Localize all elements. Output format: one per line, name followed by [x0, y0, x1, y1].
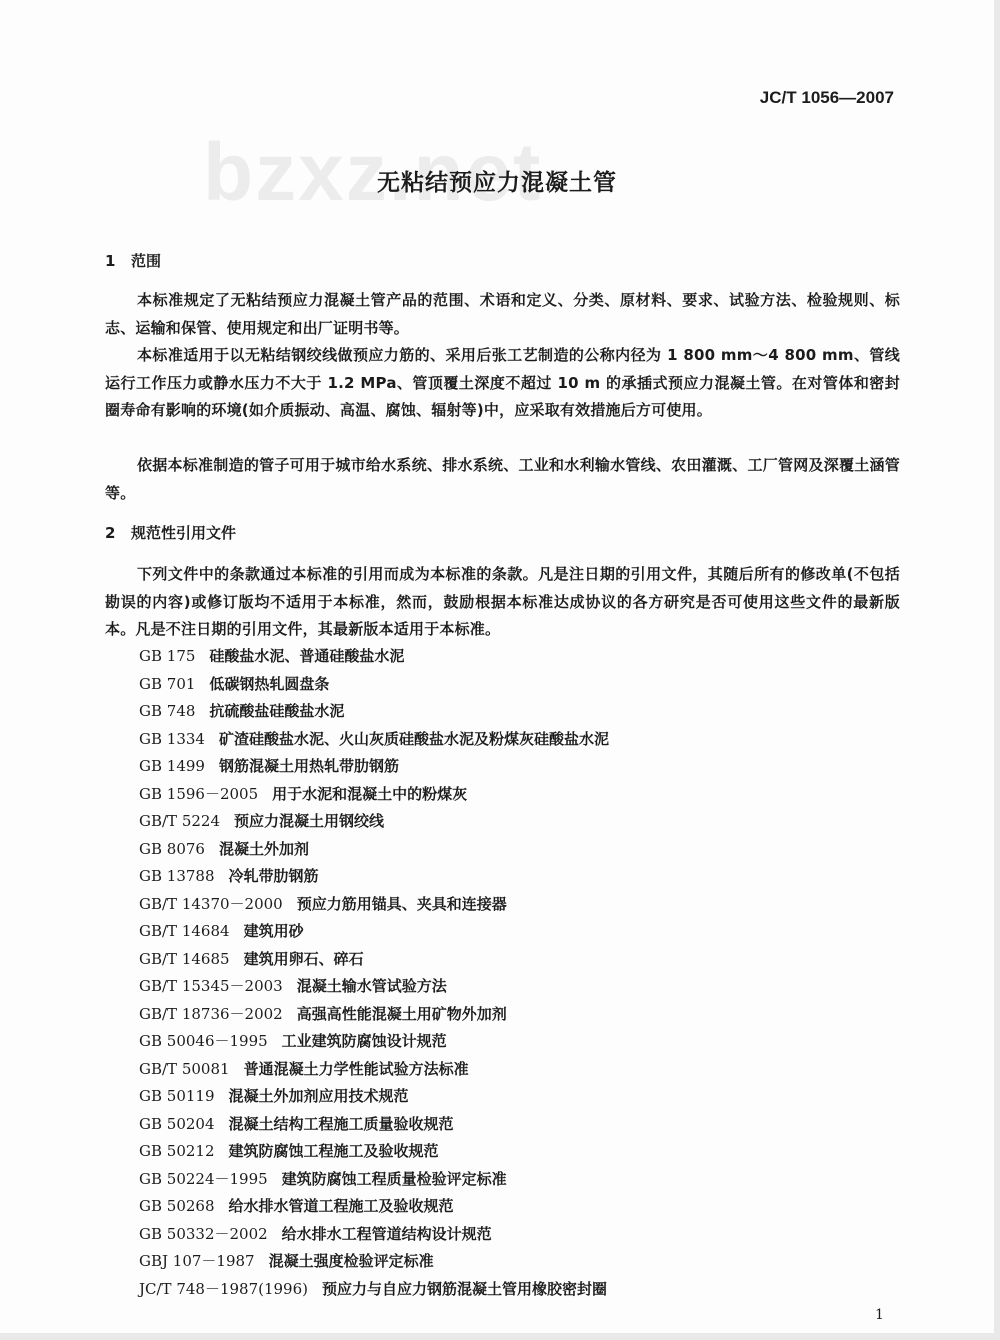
reference-code: GB 50332－2002: [139, 1225, 268, 1243]
paragraph: 本标准规定了无粘结预应力混凝土管产品的范围、术语和定义、分类、原材料、要求、试验…: [105, 287, 900, 342]
reference-code: GB 8076: [139, 840, 205, 858]
reference-item: GB/T 14685建筑用卵石、碎石: [139, 946, 609, 974]
document-title: 无粘结预应力混凝土管: [0, 164, 994, 197]
reference-code: GB 50204: [139, 1115, 215, 1133]
reference-code: GB 748: [139, 702, 195, 720]
reference-name: 混凝土输水管试验方法: [297, 977, 447, 995]
section-number: 2: [105, 524, 131, 542]
reference-code: GB 13788: [139, 867, 215, 885]
reference-name: 预应力混凝土用钢绞线: [234, 812, 384, 830]
reference-item: JC/T 748－1987(1996)预应力与自应力钢筋混凝土管用橡胶密封圈: [139, 1276, 609, 1304]
reference-item: GB 50212建筑防腐蚀工程施工及验收规范: [139, 1138, 609, 1166]
reference-name: 低碳钢热轧圆盘条: [209, 675, 329, 693]
reference-name: 钢筋混凝土用热轧带肋钢筋: [219, 757, 399, 775]
reference-name: 建筑用卵石、碎石: [244, 950, 364, 968]
reference-name: 混凝土结构工程施工质量验收规范: [229, 1115, 454, 1133]
reference-name: 建筑防腐蚀工程施工及验收规范: [229, 1142, 439, 1160]
reference-code: GB 175: [139, 647, 195, 665]
reference-item: GB 1499钢筋混凝土用热轧带肋钢筋: [139, 753, 609, 781]
standard-code: JC/T 1056—2007: [760, 88, 894, 108]
reference-code: GB/T 50081: [139, 1060, 230, 1078]
reference-code: GB/T 5224: [139, 812, 220, 830]
reference-item: GB 701低碳钢热轧圆盘条: [139, 671, 609, 699]
reference-item: GB 50204混凝土结构工程施工质量验收规范: [139, 1111, 609, 1139]
paragraph: 本标准适用于以无粘结钢绞线做预应力筋的、采用后张工艺制造的公称内径为 1 800…: [105, 342, 900, 425]
reference-item: GB 50332－2002给水排水工程管道结构设计规范: [139, 1221, 609, 1249]
reference-item: GB 748抗硫酸盐硅酸盐水泥: [139, 698, 609, 726]
reference-code: GB 701: [139, 675, 195, 693]
reference-name: 预应力与自应力钢筋混凝土管用橡胶密封圈: [322, 1280, 607, 1298]
reference-item: GB 50224－1995建筑防腐蚀工程质量检验评定标准: [139, 1166, 609, 1194]
reference-list: GB 175硅酸盐水泥、普通硅酸盐水泥GB 701低碳钢热轧圆盘条GB 748抗…: [139, 643, 609, 1303]
reference-item: GB/T 18736－2002高强高性能混凝土用矿物外加剂: [139, 1001, 609, 1029]
paragraph: 下列文件中的条款通过本标准的引用而成为本标准的条款。凡是注日期的引用文件，其随后…: [105, 561, 900, 644]
reference-item: GB 50119混凝土外加剂应用技术规范: [139, 1083, 609, 1111]
reference-code: GB 50119: [139, 1087, 215, 1105]
reference-code: GB/T 14684: [139, 922, 230, 940]
reference-code: GB 50212: [139, 1142, 215, 1160]
reference-item: GB/T 14684建筑用砂: [139, 918, 609, 946]
reference-name: 工业建筑防腐蚀设计规范: [282, 1032, 447, 1050]
reference-code: GB 1334: [139, 730, 205, 748]
reference-code: GB/T 14685: [139, 950, 230, 968]
reference-code: GB/T 18736－2002: [139, 1005, 283, 1023]
section-heading-normative-references: 2规范性引用文件: [105, 522, 236, 543]
reference-item: GB/T 5224预应力混凝土用钢绞线: [139, 808, 609, 836]
reference-name: 普通混凝土力学性能试验方法标准: [244, 1060, 469, 1078]
section-heading-scope: 1范围: [105, 250, 161, 271]
reference-name: 给水排水管道工程施工及验收规范: [229, 1197, 454, 1215]
reference-name: 混凝土外加剂: [219, 840, 309, 858]
reference-name: 矿渣硅酸盐水泥、火山灰质硅酸盐水泥及粉煤灰硅酸盐水泥: [219, 730, 609, 748]
reference-item: GB/T 50081普通混凝土力学性能试验方法标准: [139, 1056, 609, 1084]
reference-name: 建筑防腐蚀工程质量检验评定标准: [282, 1170, 507, 1188]
reference-name: 硅酸盐水泥、普通硅酸盐水泥: [209, 647, 404, 665]
section-title: 规范性引用文件: [131, 524, 236, 542]
reference-item: GB/T 15345－2003混凝土输水管试验方法: [139, 973, 609, 1001]
reference-name: 给水排水工程管道结构设计规范: [282, 1225, 492, 1243]
reference-item: GBJ 107－1987混凝土强度检验评定标准: [139, 1248, 609, 1276]
reference-code: GB/T 14370－2000: [139, 895, 283, 913]
reference-item: GB 1596－2005用于水泥和混凝土中的粉煤灰: [139, 781, 609, 809]
reference-item: GB 1334矿渣硅酸盐水泥、火山灰质硅酸盐水泥及粉煤灰硅酸盐水泥: [139, 726, 609, 754]
reference-code: GB 50268: [139, 1197, 215, 1215]
section-title: 范围: [131, 252, 161, 270]
reference-name: 高强高性能混凝土用矿物外加剂: [297, 1005, 507, 1023]
reference-item: GB 50268给水排水管道工程施工及验收规范: [139, 1193, 609, 1221]
paragraph: 依据本标准制造的管子可用于城市给水系统、排水系统、工业和水利输水管线、农田灌溉、…: [105, 452, 900, 507]
reference-item: GB 8076混凝土外加剂: [139, 836, 609, 864]
reference-item: GB 175硅酸盐水泥、普通硅酸盐水泥: [139, 643, 609, 671]
reference-code: GB 1499: [139, 757, 205, 775]
reference-code: JC/T 748－1987(1996): [139, 1280, 308, 1298]
reference-name: 建筑用砂: [244, 922, 304, 940]
reference-code: GB/T 15345－2003: [139, 977, 283, 995]
reference-name: 混凝土强度检验评定标准: [269, 1252, 434, 1270]
reference-name: 抗硫酸盐硅酸盐水泥: [209, 702, 344, 720]
document-page: JC/T 1056—2007 bzxz.net 无粘结预应力混凝土管 1范围 本…: [0, 0, 994, 1333]
reference-code: GB 50224－1995: [139, 1170, 268, 1188]
reference-item: GB 13788冷轧带肋钢筋: [139, 863, 609, 891]
section-number: 1: [105, 252, 131, 270]
reference-code: GB 50046－1995: [139, 1032, 268, 1050]
reference-name: 冷轧带肋钢筋: [229, 867, 319, 885]
reference-name: 用于水泥和混凝土中的粉煤灰: [272, 785, 467, 803]
reference-item: GB/T 14370－2000预应力筋用锚具、夹具和连接器: [139, 891, 609, 919]
reference-name: 预应力筋用锚具、夹具和连接器: [297, 895, 507, 913]
reference-name: 混凝土外加剂应用技术规范: [229, 1087, 409, 1105]
reference-code: GB 1596－2005: [139, 785, 258, 803]
page-number: 1: [875, 1307, 884, 1323]
reference-code: GBJ 107－1987: [139, 1252, 255, 1270]
reference-item: GB 50046－1995工业建筑防腐蚀设计规范: [139, 1028, 609, 1056]
